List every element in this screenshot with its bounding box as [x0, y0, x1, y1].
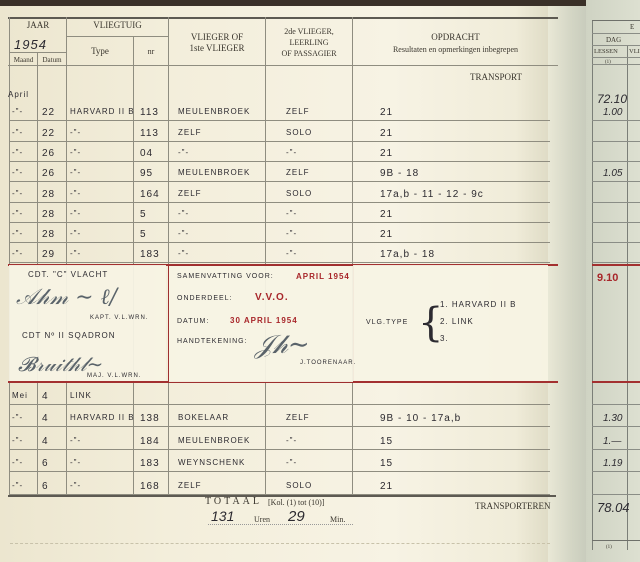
row-pilot: ZELF [178, 128, 202, 137]
total-hours: 131 [211, 508, 234, 524]
year-label: JAAR [10, 20, 66, 30]
row-second: -"- [286, 249, 297, 258]
right-sub-rule-2 [592, 45, 640, 46]
second-label-1: 2de VLIEGER, [266, 27, 352, 37]
row-second: SOLO [286, 481, 312, 490]
row-pilot: BOKELAAR [178, 413, 229, 422]
book-spine [548, 6, 588, 562]
nr-label: nr [134, 47, 168, 57]
row-day: 4 [42, 413, 49, 424]
row-nr: 184 [140, 436, 160, 447]
total-dotted-line [208, 524, 353, 525]
row-type: HARVARD II B [70, 107, 135, 116]
row-mission: 15 [380, 436, 393, 447]
row-day: 6 [42, 481, 49, 492]
aircraft-label: VLIEGTUIG [67, 20, 168, 30]
row-mission: 15 [380, 458, 393, 469]
row-pilot: -"- [178, 249, 189, 258]
row-month: Mei [12, 391, 28, 400]
total-minutes: 29 [288, 508, 305, 525]
row-second: ZELF [286, 107, 310, 116]
row-nr: 95 [140, 168, 153, 179]
date-value: 30 APRIL 1954 [230, 316, 298, 325]
row-rule [10, 449, 550, 450]
summary-lessen-value: 9.10 [597, 272, 618, 284]
row-day: 28 [42, 229, 55, 240]
col-line-6 [352, 17, 353, 495]
row-rule [10, 404, 550, 405]
row-month: -"- [12, 413, 23, 422]
row-day: 29 [42, 249, 55, 260]
row-day: 28 [42, 189, 55, 200]
col-line-0 [9, 17, 10, 495]
row-mission: 21 [380, 481, 393, 492]
row-rule [10, 202, 550, 203]
cdt-label: CDT. "C" VLACHT [28, 270, 108, 279]
row-second: ZELF [286, 413, 310, 422]
col-line-2 [66, 17, 67, 495]
row-mission: 9B - 18 [380, 168, 419, 179]
row-nr: 168 [140, 481, 160, 492]
summary-for-value: APRIL 1954 [296, 272, 350, 281]
row-mission: 21 [380, 229, 393, 240]
month-label: Maand [10, 55, 37, 65]
row-type: -"- [70, 209, 81, 218]
row-mission: 21 [380, 128, 393, 139]
row-nr: 113 [140, 128, 159, 139]
row-second: SOLO [286, 189, 312, 198]
cdt2-label: CDT Nº II SQADRON [22, 331, 116, 340]
right-row-rule [592, 161, 640, 162]
right-sub-rule-3 [592, 57, 640, 58]
row-pilot: -"- [178, 229, 189, 238]
row-type: LINK [70, 391, 92, 400]
aircraft-type-item: 3. [440, 334, 449, 343]
row-rule [10, 426, 550, 427]
right-row-rule [592, 426, 640, 427]
page-bottom-dashed [10, 543, 550, 544]
right-footer-rule [592, 540, 640, 541]
row-type: -"- [70, 168, 81, 177]
right-group-label: E [630, 22, 634, 32]
right-sub-rule-1 [592, 33, 640, 34]
day-label: Datum [38, 55, 66, 65]
cdt-signature: 𝒜𝒽𝓂 ∼ ℓ/ [16, 284, 117, 310]
pilot-label-2: 1ste VLIEGER [169, 43, 265, 53]
signer-name: J.TOORENAAR. [300, 360, 356, 366]
row-lessen: 1.— [603, 436, 621, 447]
row-pilot: MEULENBROEK [178, 107, 250, 116]
row-nr: 138 [140, 413, 160, 424]
right-row-rule [592, 494, 640, 495]
summary-for-label: SAMENVATTING VOOR: [177, 273, 274, 280]
row-second: -"- [286, 229, 297, 238]
row-lessen: 1.30 [603, 413, 622, 424]
mission-sublabel: Resultaten en opmerkingen inbegrepen [353, 45, 558, 55]
row-day: 6 [42, 458, 49, 469]
row-rule [10, 222, 550, 223]
april-label: April [8, 90, 29, 99]
footer-top-rule [8, 495, 556, 497]
right-row-rule [592, 242, 640, 243]
row-pilot: -"- [178, 148, 189, 157]
header-top-rule [8, 17, 558, 19]
row-month: -"- [12, 229, 23, 238]
row-mission: 17a,b - 11 - 12 - 9c [380, 189, 484, 200]
row-second: -"- [286, 148, 297, 157]
right-row-rule [592, 222, 640, 223]
row-day: 28 [42, 209, 55, 220]
row-second: -"- [286, 458, 297, 467]
kapt-label: KAPT. V.L.WRN. [90, 315, 148, 321]
header-bottom-rule [8, 65, 558, 66]
row-type: -"- [70, 128, 81, 137]
row-type: -"- [70, 148, 81, 157]
row-nr: 183 [140, 458, 160, 469]
aircraft-type-item: 2. LINK [440, 317, 474, 326]
row-day: 4 [42, 436, 49, 447]
row-type: -"- [70, 229, 81, 238]
year-value: 1954 [14, 37, 47, 52]
carry-value: 78.04 [597, 500, 630, 515]
row-month: -"- [12, 249, 23, 258]
right-row-rule [592, 262, 640, 263]
row-pilot: MEULENBROEK [178, 168, 250, 177]
row-rule [10, 141, 550, 142]
right-row-rule [592, 141, 640, 142]
aircraft-sub-rule [66, 36, 168, 37]
row-rule [10, 181, 550, 182]
year-sub-rule [10, 52, 66, 53]
date-label: DATUM: [177, 318, 209, 325]
aircraft-types-label: VLG.TYPE [366, 319, 408, 326]
row-second: -"- [286, 436, 297, 445]
row-mission: 21 [380, 148, 393, 159]
row-lessen: 1.05 [603, 168, 622, 179]
row-nr: 04 [140, 148, 153, 159]
row-type: -"- [70, 249, 81, 258]
row-mission: 9B - 10 - 17a,b [380, 413, 461, 424]
carry-label: TRANSPORTEREN [475, 501, 550, 511]
second-label-3: OF PASSAGIER [266, 49, 352, 59]
row-month: -"- [12, 458, 23, 467]
total-label: TOTAAL [205, 497, 262, 507]
right-top-rule [592, 20, 640, 21]
row-type: -"- [70, 481, 81, 490]
right-row-rule [592, 120, 640, 121]
row-day: 26 [42, 148, 55, 159]
row-second: -"- [286, 209, 297, 218]
right-row-rule [592, 181, 640, 182]
row-rule [10, 471, 550, 472]
pilot-label-1: VLIEGER OF [169, 32, 265, 42]
row-month: -"- [12, 148, 23, 157]
row-day: 26 [42, 168, 55, 179]
row-type: HARVARD II B [70, 413, 135, 422]
row-month: -"- [12, 436, 23, 445]
mission-label: OPDRACHT [353, 32, 558, 42]
row-type: -"- [70, 458, 81, 467]
row-rule [10, 120, 550, 121]
row-lessen: 1.00 [603, 107, 622, 118]
col-line-4 [168, 17, 169, 495]
row-nr: 113 [140, 107, 159, 118]
row-nr: 183 [140, 249, 160, 260]
row-mission: 21 [380, 107, 393, 118]
total-cols-label: [Kol. (1) tot (10)] [268, 498, 324, 508]
row-lessen: 1.19 [603, 458, 622, 469]
lessen-label: LESSEN [594, 47, 618, 57]
col-number-label: (1) [605, 58, 611, 68]
transport-label: TRANSPORT [470, 72, 522, 82]
row-nr: 164 [140, 189, 160, 200]
right-row-rule [592, 202, 640, 203]
type-label: Type [67, 46, 133, 56]
row-pilot: WEYNSCHENK [178, 458, 245, 467]
row-month: -"- [12, 209, 23, 218]
right-summary-bottom [592, 381, 640, 383]
right-sub-rule-4 [592, 64, 640, 65]
row-mission: 17a,b - 18 [380, 249, 435, 260]
row-mission: 21 [380, 209, 393, 220]
row-pilot: ZELF [178, 481, 202, 490]
row-month: -"- [12, 128, 23, 137]
row-nr: 5 [140, 229, 147, 240]
row-nr: 5 [140, 209, 147, 220]
row-type: -"- [70, 436, 81, 445]
row-pilot: -"- [178, 209, 189, 218]
right-row-rule [592, 471, 640, 472]
row-rule [10, 161, 550, 162]
vl-label: VLI [629, 47, 640, 57]
right-footer-col: (1) [606, 543, 612, 553]
row-second: ZELF [286, 168, 310, 177]
unit-label: ONDERDEEL: [177, 295, 233, 302]
right-row-rule [592, 404, 640, 405]
unit-value: V.V.O. [255, 292, 289, 303]
row-month: -"- [12, 189, 23, 198]
row-rule [10, 242, 550, 243]
row-day: 4 [42, 391, 49, 402]
row-pilot: ZELF [178, 189, 202, 198]
row-type: -"- [70, 189, 81, 198]
aircraft-type-item: 1. HARVARD II B [440, 300, 517, 309]
col-line-5 [265, 17, 266, 495]
second-label-2: LEERLING [266, 38, 352, 48]
maj-label: MAJ. V.L.WRN. [87, 373, 141, 379]
officer-signature: 𝒥𝒽∼ [255, 330, 310, 361]
row-second: SOLO [286, 128, 312, 137]
row-month: -"- [12, 107, 23, 116]
right-row-rule [592, 449, 640, 450]
row-pilot: MEULENBROEK [178, 436, 250, 445]
row-day: 22 [42, 128, 55, 139]
row-month: -"- [12, 168, 23, 177]
row-day: 22 [42, 107, 55, 118]
transport-value: 72.10 [597, 92, 627, 106]
right-summary-top [592, 264, 640, 266]
row-month: -"- [12, 481, 23, 490]
signature-label: HANDTEKENING: [177, 338, 248, 345]
dag-label: DAG [606, 35, 621, 45]
